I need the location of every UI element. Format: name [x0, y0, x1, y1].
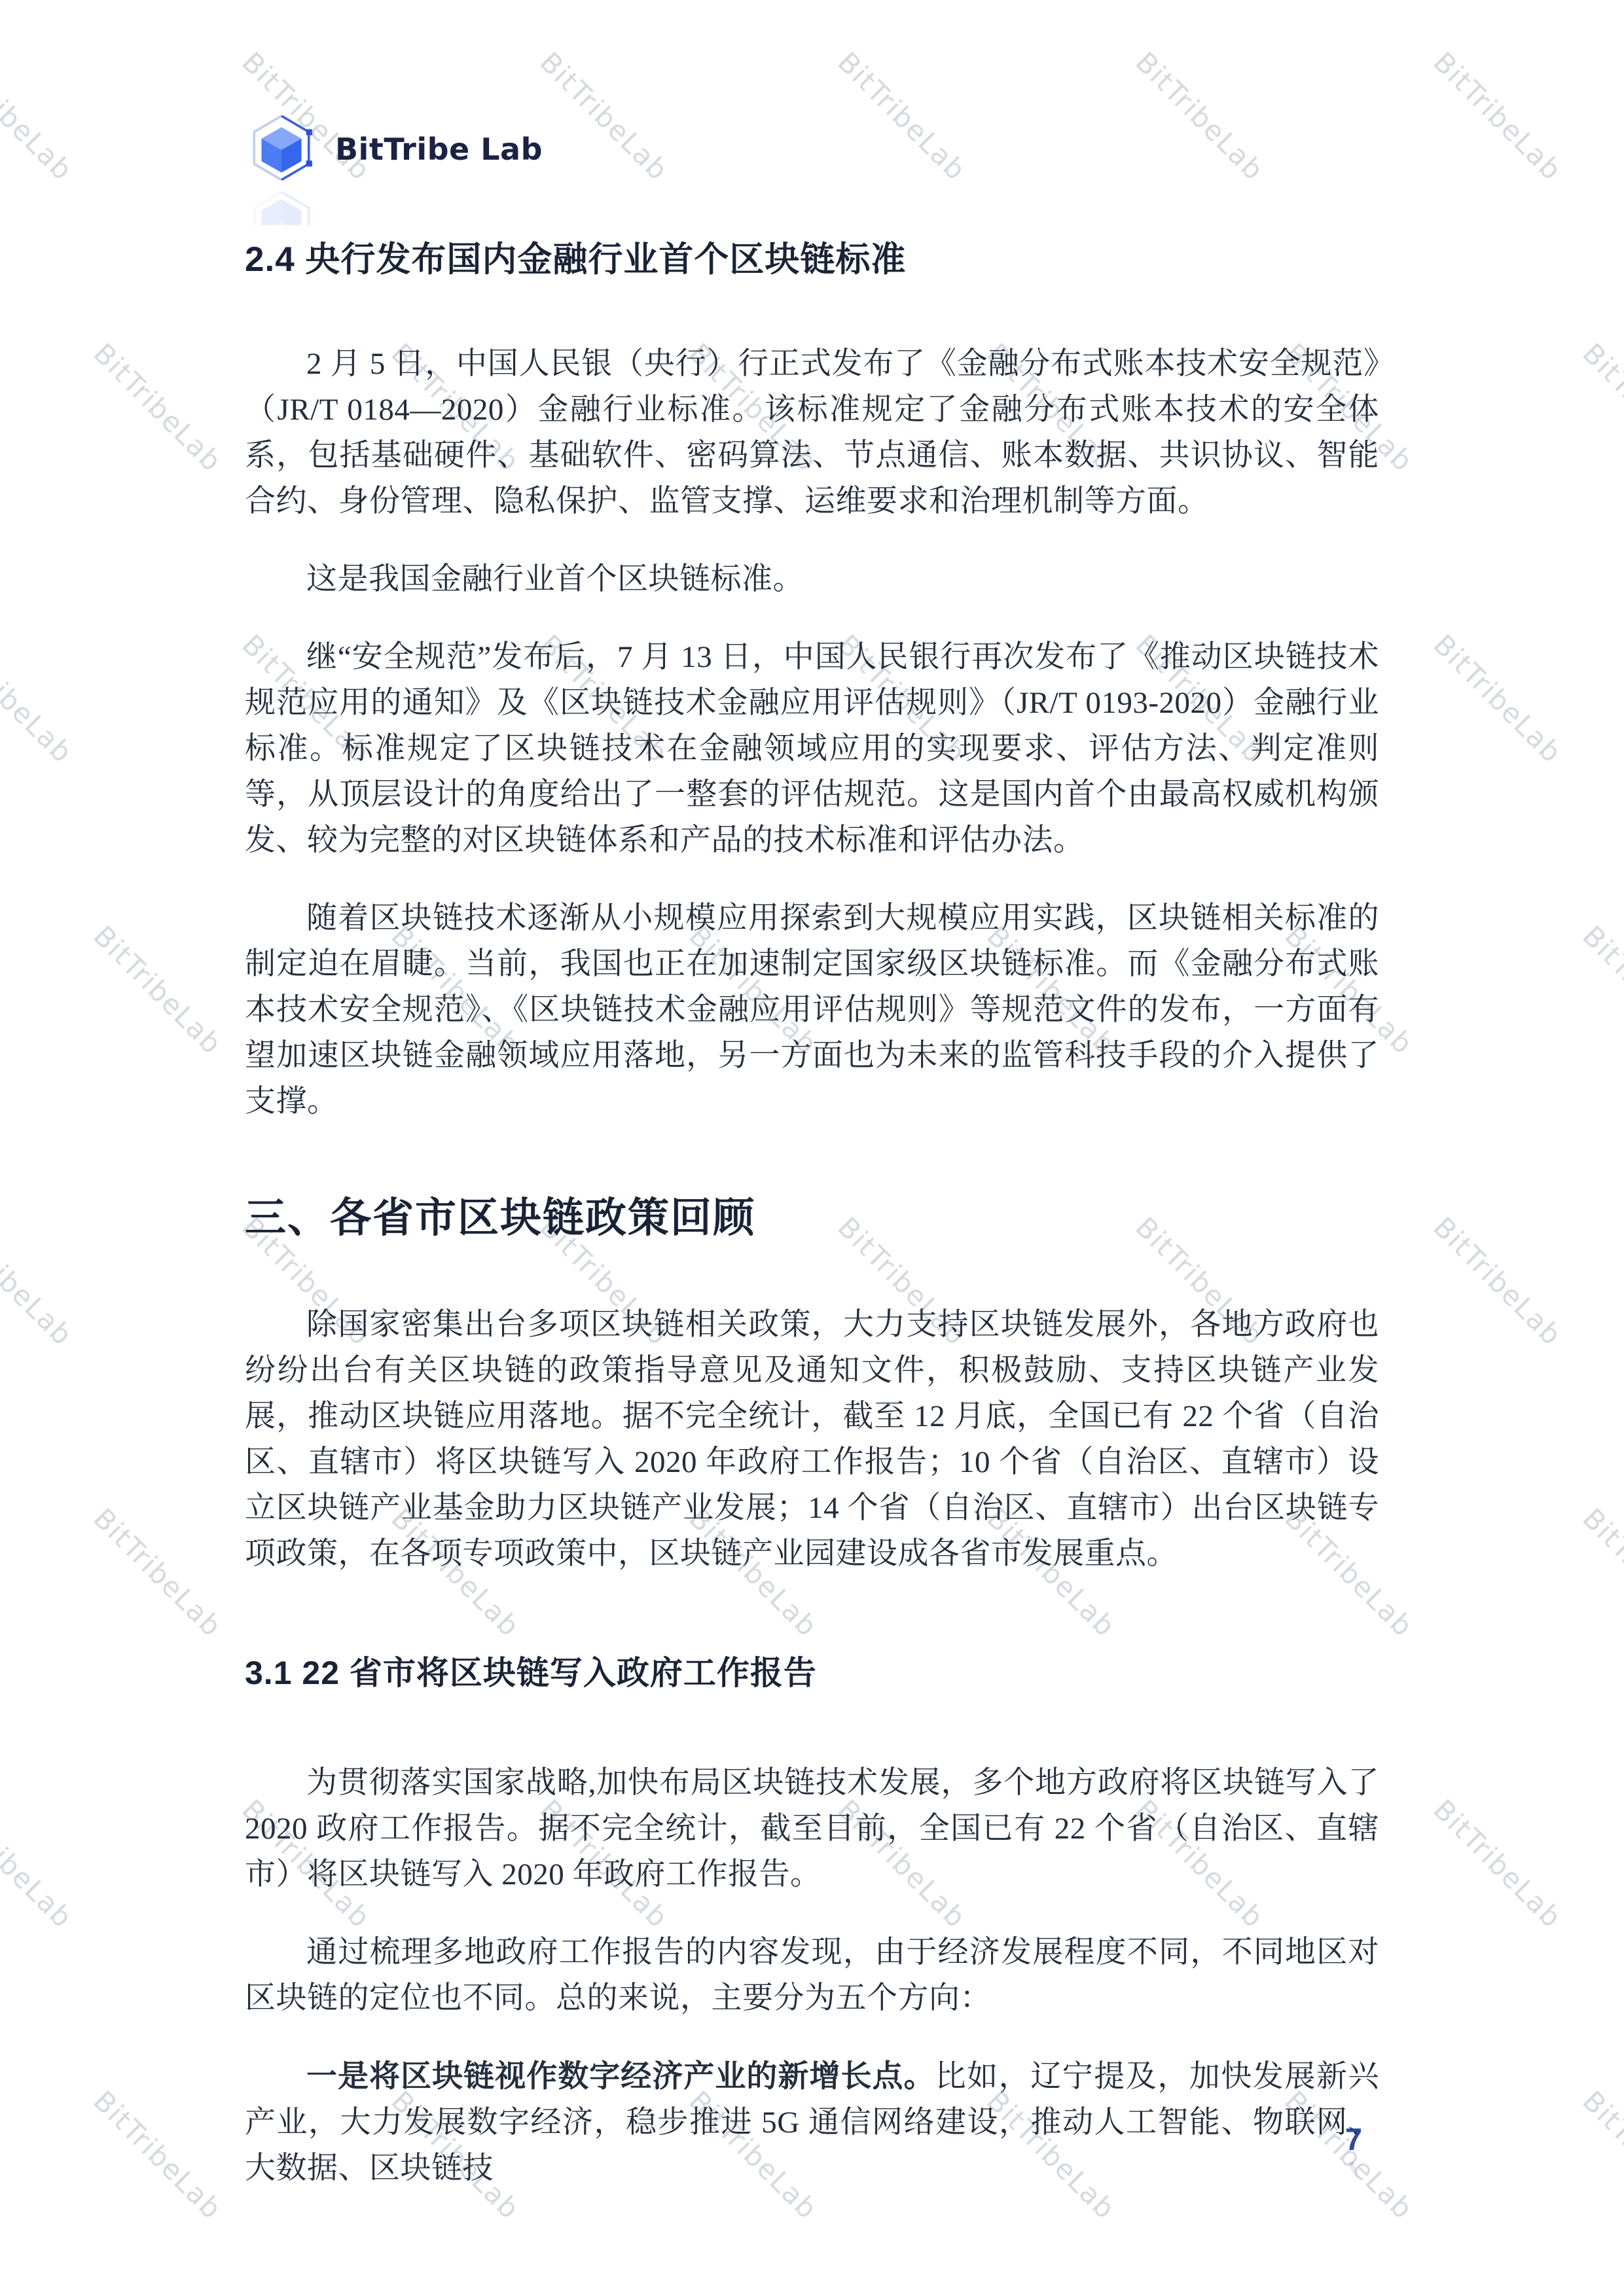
paragraph-provinces-overview: 除国家密集出台多项区块链相关政策，大力支持区块链发展外，各地方政府也纷纷出台有关…	[245, 1302, 1379, 1577]
paragraph-22-provinces: 为贯彻落实国家战略,加快布局区块链技术发展，多个地方政府将区块链写入了 2020…	[245, 1760, 1379, 1897]
paragraph-evaluation-rules: 继“安全规范”发布后，7 月 13 日，中国人民银行再次发布了《推动区块链技术规…	[245, 634, 1379, 863]
logo-brand-text: BitTribe Lab	[335, 132, 543, 167]
paragraph-first-standard: 这是我国金融行业首个区块链标准。	[245, 556, 1379, 602]
paragraph-standard-release: 2 月 5 日，中国人民银（央行）行正式发布了《金融分布式账本技术安全规范》（J…	[245, 341, 1379, 524]
paragraph-direction-one: 一是将区块链视作数字经济产业的新增长点。比如，辽宁提及，加快发展新兴产业，大力发…	[245, 2053, 1379, 2191]
logo-cube-icon	[245, 113, 318, 186]
chapter-heading-3: 三、各省市区块链政策回顾	[245, 1196, 1379, 1240]
paragraph-standard-outlook: 随着区块链技术逐渐从小规模应用探索到大规模应用实践，区块链相关标准的制定迫在眉睫…	[245, 895, 1379, 1124]
document-page: BitTribeLabBitTribeLabBitTribeLabBitTrib…	[0, 0, 1624, 2296]
brand-logo: BitTribe Lab	[245, 113, 1379, 186]
page-number-value: 7	[1345, 2122, 1362, 2157]
section-heading-2-4: 2.4 央行发布国内金融行业首个区块链标准	[245, 241, 1379, 279]
direction-one-lead: 一是将区块链视作数字经济产业的新增长点。	[306, 2058, 935, 2093]
section-heading-3-1: 3.1 22 省市将区块链写入政府工作报告	[245, 1655, 1379, 1691]
page-content: BitTribe Lab 2.4 央行发布国内金融行业首个区块链标准 2 月 5…	[0, 113, 1624, 2191]
paragraph-five-directions: 通过梳理多地政府工作报告的内容发现，由于经济发展程度不同，不同地区对区块链的定位…	[245, 1929, 1379, 2021]
page-number: 7 7	[1345, 2124, 1362, 2188]
page-number-reflection: 7	[1345, 2157, 1362, 2188]
